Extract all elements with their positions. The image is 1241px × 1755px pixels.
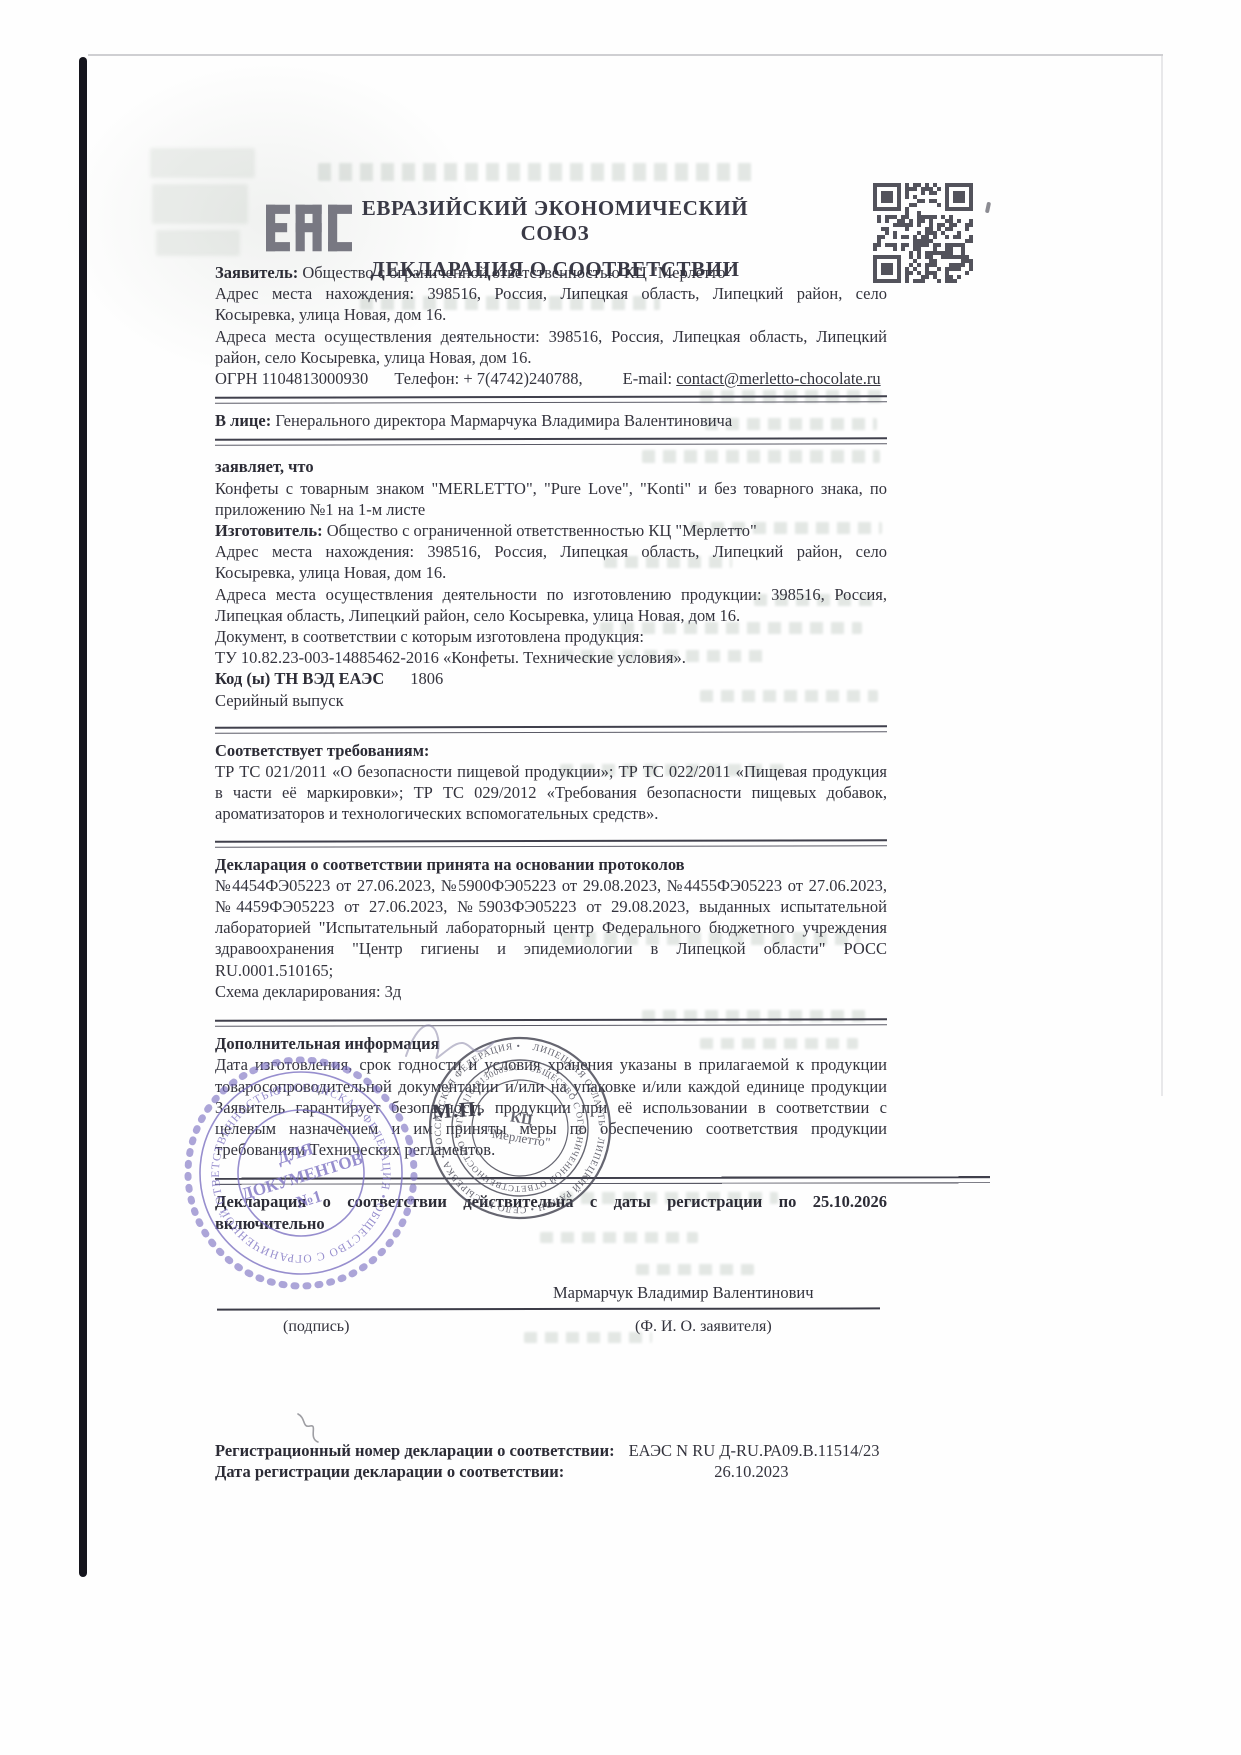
- basis-heading: Декларация о соответствии принята на осн…: [215, 854, 887, 875]
- tnved-value: 1806: [410, 669, 443, 688]
- applicant-fullname: Мармарчук Владимир Валентинович: [553, 1282, 814, 1303]
- representative-line: В лице: Генерального директора Мармарчук…: [215, 410, 887, 431]
- signature-line: [217, 1307, 880, 1310]
- bleedthrough-artifact: [156, 230, 240, 256]
- registration-number-value: ЕАЭС N RU Д-RU.РА09.В.11514/23: [629, 1441, 880, 1460]
- scanned-declaration-page: ЕВРАЗИЙСКИЙ ЭКОНОМИЧЕСКИЙ СОЮЗ ДЕКЛАРАЦИ…: [0, 0, 1241, 1755]
- basis-heading-text: Декларация о соответствии принята на осн…: [215, 855, 685, 874]
- section-divider: [215, 725, 887, 733]
- applicant-email-label: E-mail:: [623, 369, 672, 388]
- section-divider: [215, 396, 887, 404]
- qr-code: [873, 183, 973, 283]
- product-line: Конфеты с товарным знаком "MERLETTO", "P…: [215, 478, 887, 520]
- applicant-ogrn: ОГРН 1104813000930: [215, 369, 368, 388]
- compliance-text: ТР ТС 021/2011 «О безопасности пищевой п…: [215, 761, 887, 825]
- page-edge-top: [88, 54, 1163, 56]
- tnved-label: Код (ы) ТН ВЭД ЕАЭС: [215, 669, 384, 688]
- registration-date-value: 26.10.2023: [714, 1462, 788, 1481]
- validity-line: Декларация о соответствии действительна …: [215, 1191, 887, 1233]
- page-edge-left: [79, 57, 87, 1577]
- fio-caption: (Ф. И. О. заявителя): [635, 1316, 772, 1337]
- union-title: ЕВРАЗИЙСКИЙ ЭКОНОМИЧЕСКИЙ СОЮЗ: [330, 196, 780, 246]
- representative-text: Генерального директора Мармарчука Владим…: [271, 411, 732, 430]
- additional-text: Дата изготовления, срок годности и услов…: [215, 1054, 887, 1160]
- bleedthrough-artifact: [318, 163, 758, 181]
- applicant-name: Общество с ограниченной ответственностью…: [298, 263, 732, 282]
- serial-line: Серийный выпуск: [215, 690, 887, 711]
- scan-speck: [985, 202, 991, 214]
- signature-caption: (подпись): [283, 1316, 349, 1337]
- section-divider: [215, 1177, 990, 1186]
- basis-scheme: Схема декларирования: 3д: [215, 981, 887, 1002]
- validity-text: Декларация о соответствии действительна …: [215, 1192, 887, 1232]
- section-divider: [215, 1018, 887, 1026]
- applicant-name-line: Заявитель: Общество с ограниченной ответ…: [215, 262, 887, 283]
- section-divider: [215, 438, 887, 446]
- representative-label: В лице:: [215, 411, 271, 430]
- signature-zone: (подпись) Мармарчук Владимир Валентинови…: [215, 1246, 887, 1366]
- additional-heading: Дополнительная информация: [215, 1033, 887, 1054]
- applicant-address: Адрес места нахождения: 398516, Россия, …: [215, 283, 887, 325]
- bleedthrough-artifact: [150, 148, 255, 178]
- compliance-heading: Соответствует требованиям:: [215, 740, 887, 761]
- compliance-heading-text: Соответствует требованиям:: [215, 741, 429, 760]
- tu-line: ТУ 10.82.23-003-14885462-2016 «Конфеты. …: [215, 647, 887, 668]
- document-body: Заявитель: Общество с ограниченной ответ…: [215, 262, 887, 1482]
- production-address: Адреса места осуществления деятельности …: [215, 584, 887, 626]
- applicant-activity-address: Адреса места осуществления деятельности:…: [215, 326, 887, 368]
- applicant-phone: Телефон: + 7(4742)240788,: [394, 369, 582, 388]
- applicant-email: contact@merletto-chocolate.ru: [676, 369, 880, 388]
- registration-date-label: Дата регистрации декларации о соответств…: [215, 1462, 564, 1481]
- tnved-line: Код (ы) ТН ВЭД ЕАЭС1806: [215, 668, 887, 689]
- bleedthrough-artifact: [152, 184, 248, 224]
- signature-squiggle: [398, 1008, 518, 1078]
- basis-text: №4454ФЭ05223 от 27.06.2023, №5900ФЭ05223…: [215, 875, 887, 981]
- registration-number-label: Регистрационный номер декларации о соотв…: [215, 1441, 615, 1460]
- applicant-contacts: ОГРН 1104813000930Телефон: + 7(4742)2407…: [215, 368, 887, 389]
- mp-mark: М.П.: [431, 1096, 483, 1124]
- section-divider: [215, 839, 887, 847]
- document-line: Документ, в соответствии с которым изгот…: [215, 626, 887, 647]
- manufacturer-line: Изготовитель: Общество с ограниченной от…: [215, 520, 887, 541]
- applicant-label: Заявитель:: [215, 263, 298, 282]
- manufacturer-address: Адрес места нахождения: 398516, Россия, …: [215, 541, 887, 583]
- registration-date-row: Дата регистрации декларации о соответств…: [215, 1461, 887, 1482]
- declares-line: заявляет, что: [215, 456, 887, 477]
- manufacturer-name: Общество с ограниченной ответственностью…: [323, 521, 757, 540]
- page-edge-right: [1161, 56, 1163, 1096]
- manufacturer-label: Изготовитель:: [215, 521, 323, 540]
- pen-mark: [288, 1408, 328, 1448]
- declares-label: заявляет, что: [215, 457, 314, 476]
